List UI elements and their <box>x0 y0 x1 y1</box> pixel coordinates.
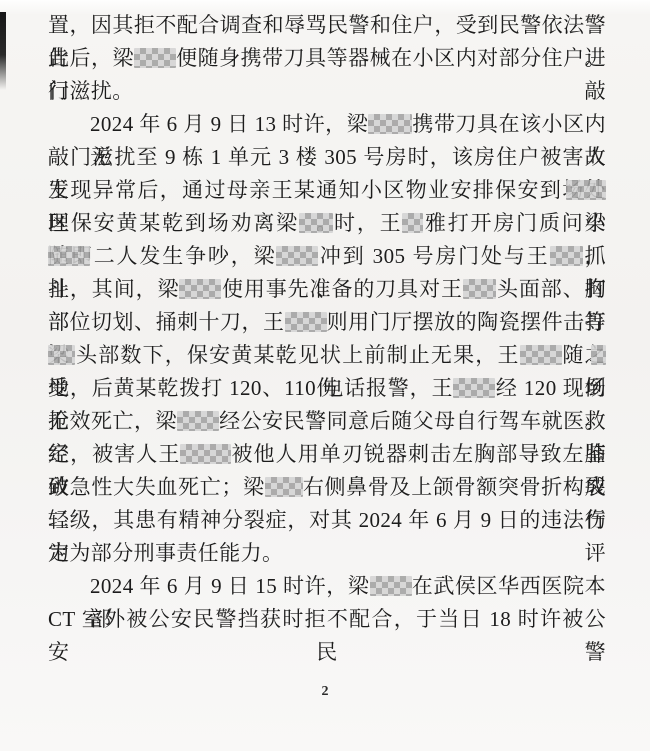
text-run: 致急性大失血死亡；梁 <box>48 475 265 499</box>
redacted-name-block <box>134 48 176 68</box>
document-line: 二级，其患有精神分裂症，对其 2024 年 6 月 9 日的违法行为评 <box>48 504 606 537</box>
redacted-name-block <box>265 477 303 497</box>
document-line: 此后，梁便随身携带刀具等器械在小区内对部分住户进行敲 <box>48 42 606 75</box>
redacted-name-block <box>180 444 230 464</box>
document-line: 部位切划、捅刺十刀，王则用门厅摆放的陶瓷摆件击打梁 <box>48 306 606 339</box>
redacted-name-block <box>299 213 333 233</box>
document-line: 地，后黄某乾拨打 120、110 电话报警，王经 120 现场抢救 <box>48 372 606 405</box>
text-run: 门滋扰。 <box>48 79 134 103</box>
text-run: 头部数下，保安黄某乾见状上前制止无果，王 <box>75 343 519 367</box>
text-run: CT 室外被公安民警挡获时拒不配合，于当日 18 时许被公安民警 <box>48 607 606 664</box>
redacted-name-block <box>48 246 90 266</box>
document-line: 无效死亡，梁经公安民警同意后随父母自行驾车就医。经鉴 <box>48 405 606 438</box>
document-line: 置，因其拒不配合调查和辱骂民警和住户，受到民警依法警告。 <box>48 9 606 42</box>
redacted-name-block <box>463 279 497 299</box>
document-line: CT 室外被公安民警挡获时拒不配合，于当日 18 时许被公安民警 <box>48 603 606 636</box>
redacted-name-block <box>453 378 495 398</box>
text-run: 此后，梁 <box>48 46 134 70</box>
text-run: 定为部分刑事责任能力。 <box>48 541 283 565</box>
document-line: 2024 年 6 月 9 日 13 时许，梁携带刀具在该小区内无故 <box>48 108 606 141</box>
redacted-name-block <box>179 279 221 299</box>
text-run: 使用事先准备的刀具对王 <box>221 277 462 301</box>
document-line: 敲门滋扰至 9 栋 1 单元 3 楼 305 号房时，该房住户被害人王 <box>48 141 606 174</box>
redacted-name-block <box>520 345 562 365</box>
text-run: 2024 年 6 月 9 日 15 时许，梁 <box>90 574 370 598</box>
document-line: 致急性大失血死亡；梁右侧鼻骨及上颌骨额突骨折构成轻伤 <box>48 471 606 504</box>
document-body: 置，因其拒不配合调查和辱骂民警和住户，受到民警依法警告。此后，梁便随身携带刀具等… <box>48 9 606 636</box>
page-number: 2 <box>0 684 650 700</box>
text-run: 斗，其间，梁 <box>48 277 179 301</box>
scanner-edge-artifact <box>0 12 6 90</box>
redacted-name-block <box>368 114 412 134</box>
text-run: 雅打开房门质问梁 <box>423 211 606 235</box>
redacted-name-block <box>550 246 584 266</box>
redacted-name-block <box>402 213 423 233</box>
document-line: 区保安黄某乾到场劝离梁时，王雅打开房门质问梁， <box>48 207 606 240</box>
redacted-name-block <box>370 576 412 596</box>
text-run: 时，王 <box>333 211 403 235</box>
text-run: 区保安黄某乾到场劝离梁 <box>48 211 299 235</box>
redacted-name-block <box>48 345 75 365</box>
scanned-document-page: 置，因其拒不配合调查和辱骂民警和住户，受到民警依法警告。此后，梁便随身携带刀具等… <box>0 0 650 751</box>
text-run: 无效死亡，梁 <box>48 409 177 433</box>
document-line: 头部数下，保安黄某乾见状上前制止无果，王随之受伤倒 <box>48 339 606 372</box>
document-line: 2024 年 6 月 9 日 15 时许，梁在武侯区华西医院本部 <box>48 570 606 603</box>
redacted-name-block <box>566 180 606 200</box>
document-line: 定，被害人王被他人用单刃锐器刺击左胸部导致左肺破裂 <box>48 438 606 471</box>
document-line: 发现异常后，通过母亲王某通知小区物业安排保安到场处理。小 <box>48 174 606 207</box>
text-run: 冲到 305 号房门处与王 <box>318 244 549 268</box>
redacted-name-block <box>285 312 327 332</box>
text-run: 部位切划、捅刺十刀，王 <box>48 310 285 334</box>
text-run: 2024 年 6 月 9 日 13 时许，梁 <box>90 112 368 136</box>
redacted-name-block <box>177 411 219 431</box>
text-run: 地，后黄某乾拨打 120、110 电话报警，王 <box>48 376 453 400</box>
text-run: 定，被害人王 <box>48 442 180 466</box>
redacted-name-block <box>591 345 606 365</box>
document-line: 斗，其间，梁使用事先准备的刀具对王头面部、胸部等 <box>48 273 606 306</box>
redacted-name-block <box>276 246 318 266</box>
document-line: 随即二人发生争吵，梁冲到 305 号房门处与王抓扯、打 <box>48 240 606 273</box>
